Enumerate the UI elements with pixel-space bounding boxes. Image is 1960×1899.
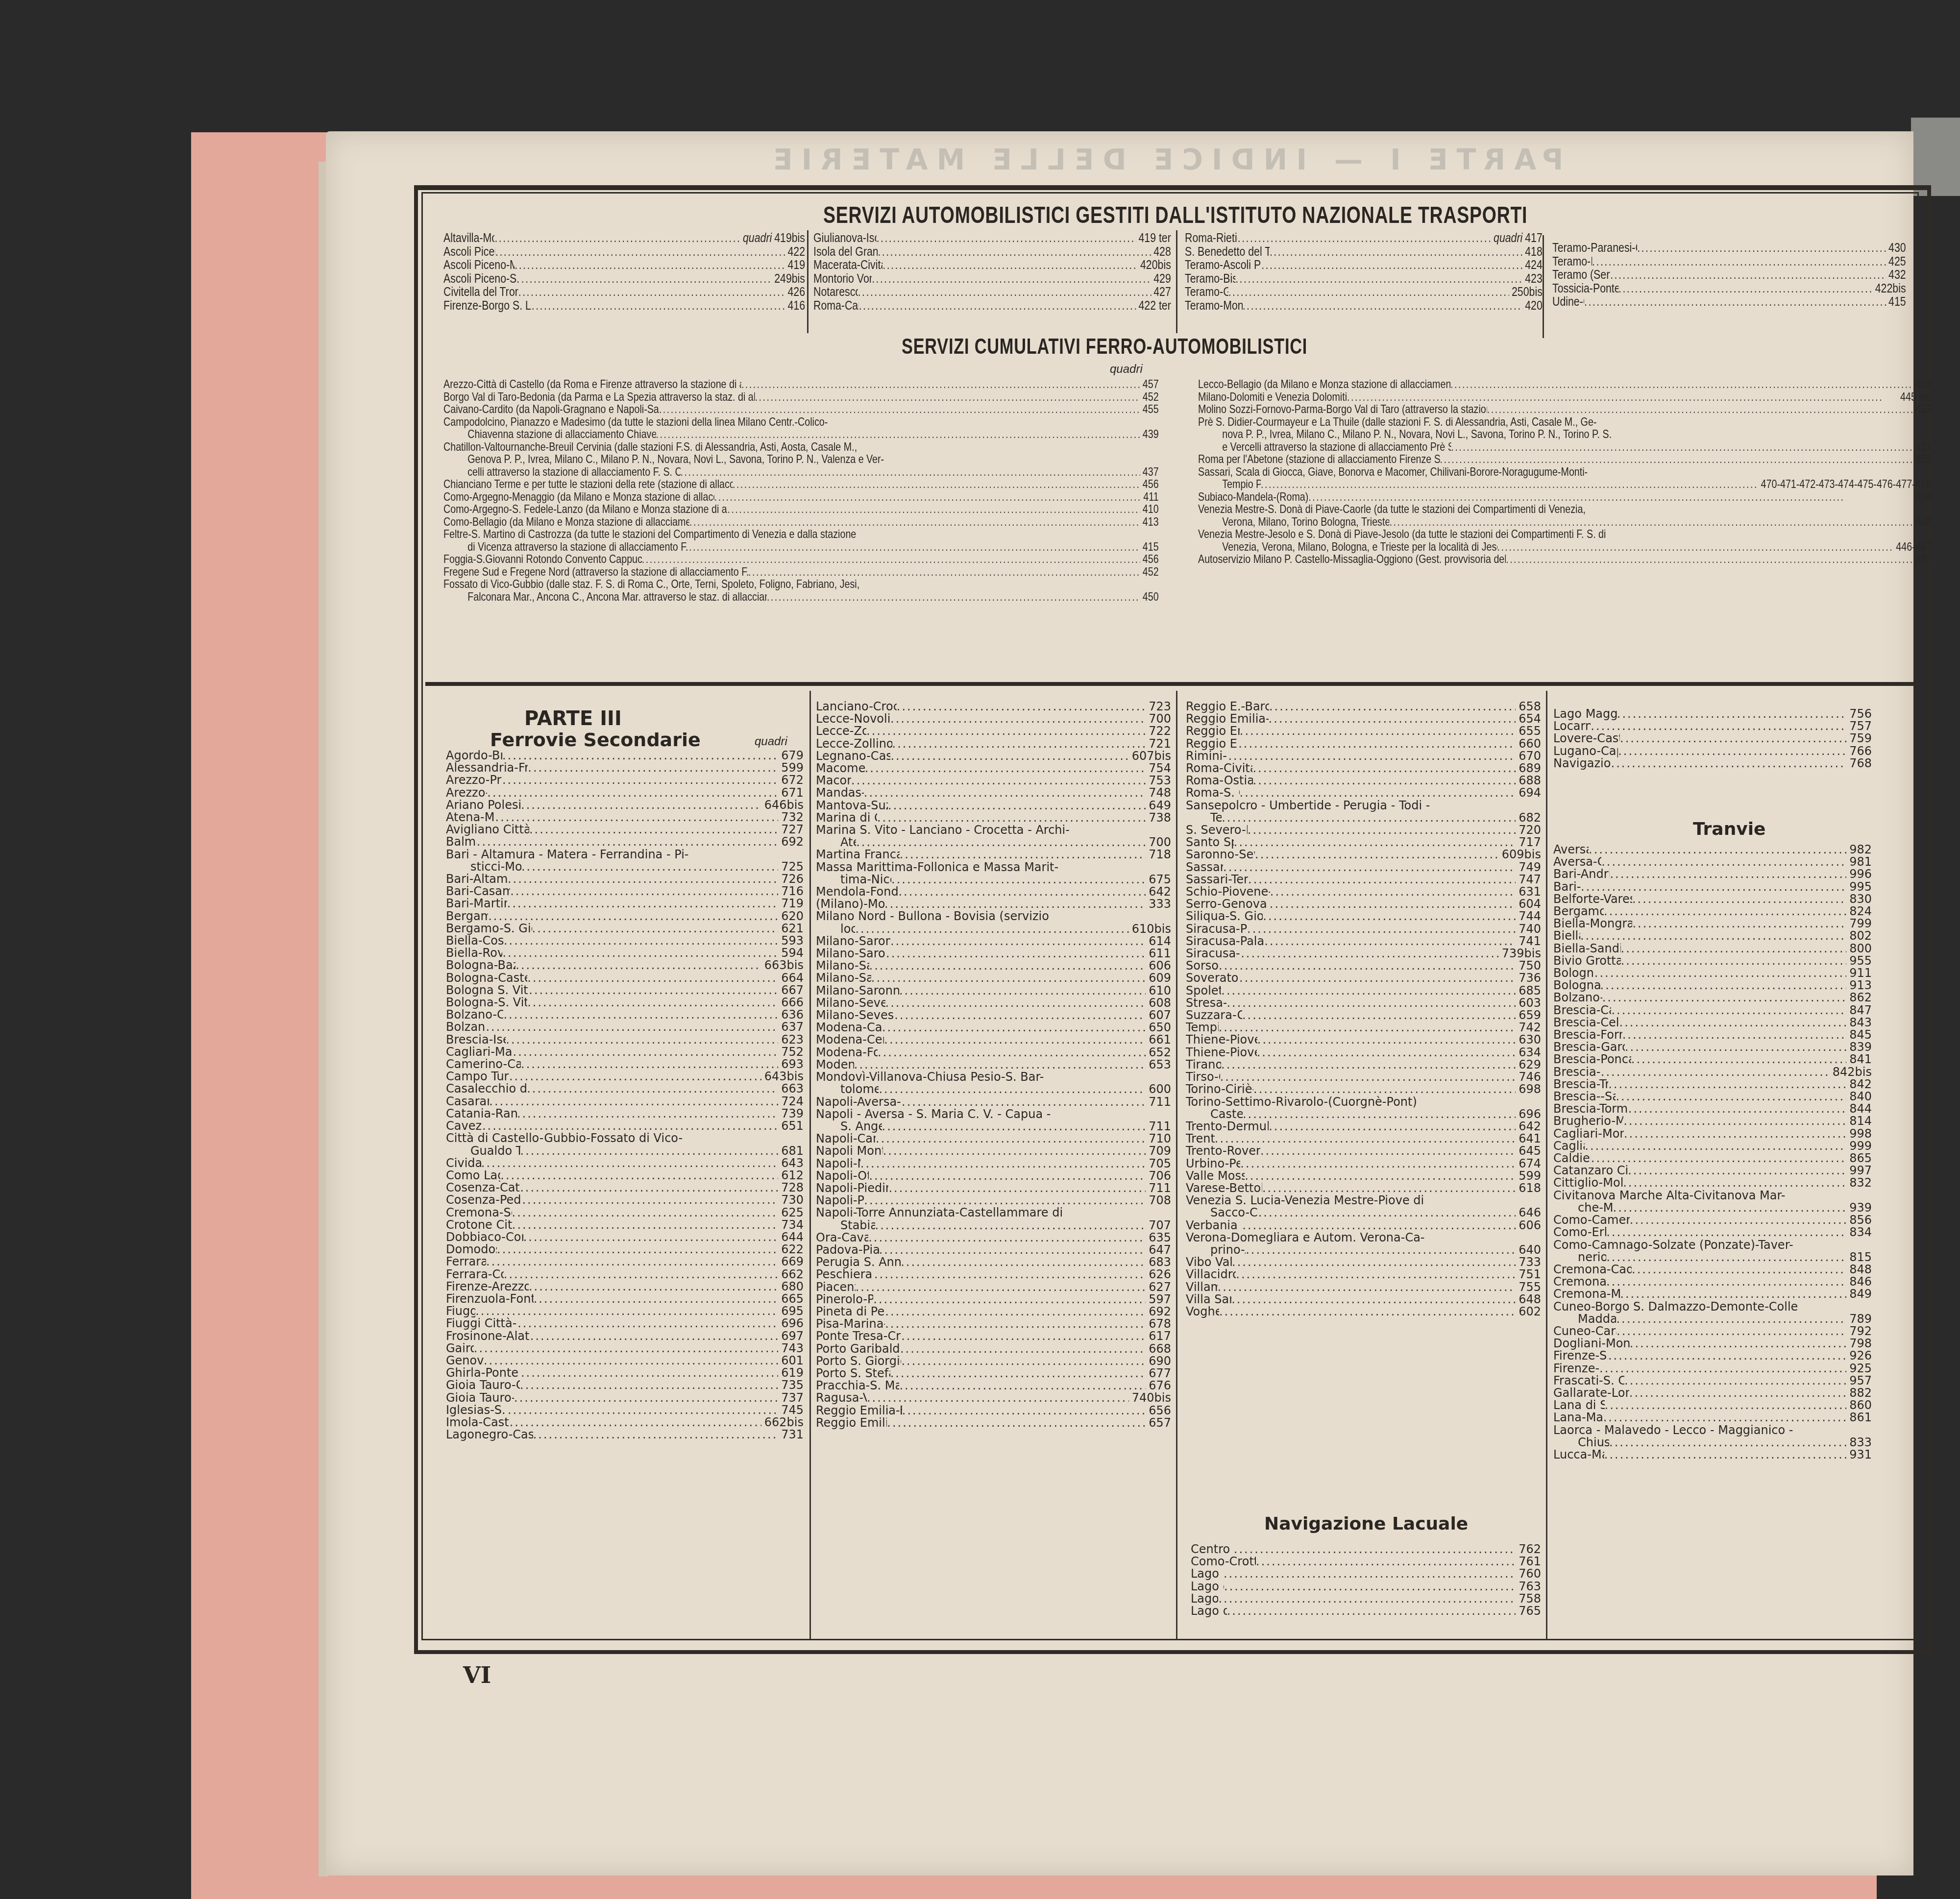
entry-name: Ariano Polesine-Adria-Rovigo (Autom.): [446, 799, 521, 811]
leader-dots: [1629, 1387, 1846, 1399]
leader-dots: [512, 1219, 778, 1231]
leader-dots: [1218, 1281, 1516, 1293]
entry-name: Siracusa-Ragusa (Autom.): [1186, 948, 1241, 960]
entry-name: Brescia-Fornaci-Castel Mella (Autom.): [1553, 1029, 1622, 1041]
index-entry: nova P. P., Ivrea, Milano C., Milano P. …: [1198, 428, 1932, 441]
page-reference: 681: [778, 1145, 804, 1157]
index-entry: Santo Spirito-Bitonto717: [1186, 836, 1541, 849]
index-entry: Brescia-Gardone-San Colomb. (Autom.)839: [1553, 1041, 1872, 1053]
leader-dots: [888, 1182, 1146, 1194]
page-reference: 250bis: [1509, 285, 1543, 299]
leader-dots: [767, 591, 1140, 604]
index-entry: Villamar-Ales755: [1186, 1281, 1541, 1293]
page-reference: 428: [1151, 245, 1171, 259]
leader-dots: [898, 886, 1146, 898]
column-divider: [1546, 691, 1547, 1639]
leader-dots: [1451, 441, 1912, 454]
entry-name: Marina di Gioiosa-Mammola: [816, 812, 877, 824]
index-entry: Dobbiaco-Cortina d'Ampezzo-Calalzo644: [446, 1231, 804, 1243]
entry-name: Maddalena (Autom.): [1578, 1313, 1616, 1325]
entry-name: Schio-Piovene-Rocchette-Arsiero (Autom.): [1186, 886, 1270, 898]
entry-name: Lago di Como: [1191, 1568, 1224, 1580]
leader-dots: [506, 1034, 778, 1046]
index-entry: Siracusa-Palazzolo (Autom.)740: [1186, 923, 1541, 935]
leader-dots: [477, 836, 778, 848]
index-entry: Brescia-Soncino (Autom.)842bis: [1553, 1066, 1872, 1078]
leader-dots: [858, 285, 1151, 299]
leader-dots: [1255, 849, 1499, 861]
leader-dots: [1497, 541, 1894, 554]
leader-dots: [733, 478, 1140, 491]
page-reference: 659: [1516, 1009, 1541, 1022]
leader-dots: [1622, 1029, 1847, 1041]
entry-name: Padova-Piazzola-Carmignano: [816, 1244, 879, 1256]
entry-name: tolomeo (Autom.): [840, 1083, 879, 1096]
leader-dots: [864, 787, 1146, 799]
entry-name: Verona, Milano, Torino Bologna, Trieste): [1222, 516, 1389, 529]
page-reference: 680: [778, 1281, 804, 1293]
entry-name: Brescia--Salò-Gargnano (Autom.): [1553, 1091, 1616, 1103]
page-reference: 629: [1516, 1059, 1541, 1071]
ist-column-4: Teramo-Paranesi-Ceppo (Bosco Martese)430…: [1552, 241, 1906, 309]
page-reference: 856: [1846, 1214, 1872, 1226]
index-entry: Pinerolo-Perosa Argentina597: [816, 1293, 1171, 1306]
leader-dots: [1222, 812, 1516, 824]
page-reference: 678: [1146, 1318, 1171, 1330]
entry-name: Bologna-Bazzano-Vignola (Autom.): [446, 959, 515, 972]
entry-name: Voghera-Varzi: [1186, 1306, 1219, 1318]
index-entry: Massa Marittima-Follonica e Massa Marit-: [816, 861, 1171, 874]
entry-name: Arezzo-Pratovecchio-Stia: [446, 774, 502, 786]
page-reference: 709: [1146, 1145, 1171, 1157]
index-entry: Lecce-Zollino-Maglie-Gagliano Leuca721: [816, 738, 1171, 750]
page-reference: 723: [1146, 701, 1171, 713]
leader-dots: [642, 553, 1140, 566]
entry-name: Ponte Tresa-Cremenaga-Creva-Luino (Aut.): [816, 1330, 901, 1342]
entry-name: Como-Bellagio (da Milano e Monza stazion…: [443, 516, 689, 529]
entry-name: Feltre-S. Martino di Castrozza (da tutte…: [443, 528, 856, 541]
entry-name: Montorio Vomano-Roseto: [813, 272, 872, 286]
index-entry: Verona, Milano, Torino Bologna, Trieste)…: [1198, 516, 1932, 529]
index-entry: Gioia Tauro-Cittanova-Cinquefrondi735: [446, 1379, 804, 1391]
index-entry: Bologna-Castel S. Pietro-Imola (Autom.)6…: [446, 972, 804, 984]
index-entry: Modena-Vignola653: [816, 1059, 1171, 1071]
page-reference: 445 bis: [1898, 391, 1931, 404]
entry-name: Atena-Marsico Nuovo: [446, 811, 495, 824]
entry-name: Reggio Emilia-Bagnolo in Piano-Carpi (Au…: [816, 1405, 902, 1417]
index-entry: Schio-Piovene-Rocchette-Arsiero (Autom.)…: [1186, 886, 1541, 898]
entry-name: Milano-Seveso-Meda-Erba-Canzo Asso: [816, 1009, 894, 1022]
leader-dots: [1624, 1128, 1846, 1140]
index-entry: Sacco-Cavarzere-Adria646: [1186, 1207, 1541, 1219]
page-reference: 685: [1516, 985, 1541, 997]
page-reference: 931: [1846, 1449, 1872, 1461]
index-entry: Firenze-Borgo S. Lorenzo-Marradi-Faenza4…: [443, 299, 805, 313]
leader-dots: [900, 1343, 1146, 1355]
leader-dots: [1248, 824, 1516, 836]
entry-name: Bolzano-Collalbo: [446, 1021, 486, 1033]
index-entry: Napoli-Nola-Baiano705: [816, 1158, 1171, 1170]
entry-name: Città di Castello-Gubbio-Fossato di Vico…: [446, 1132, 683, 1144]
entry-name: Campo Tures-Brunico (Autom.): [446, 1071, 509, 1083]
page-reference: 470-471-472-473-474-475-476-477-478: [1759, 478, 1932, 491]
cumulativi-right-list: Lecco-Bellagio (da Milano e Monza stazio…: [1198, 378, 1932, 566]
page-reference: 446-447: [1893, 541, 1931, 554]
page-reference: 740: [1516, 923, 1541, 935]
page-reference: 757: [1846, 720, 1872, 732]
leader-dots: [1632, 918, 1846, 930]
entry-name: Venezia Mestre-S. Donà di Piave-Caorle (…: [1198, 503, 1586, 516]
leader-dots: [894, 1009, 1146, 1022]
leader-dots: [755, 391, 1140, 404]
leader-dots: [1248, 874, 1516, 886]
entry-name: Bergamo-Albino (Autom.): [1553, 905, 1604, 918]
page-reference: 696: [1516, 1108, 1541, 1120]
index-entry: Giulianova-Isola del G. Sasso419 ter: [813, 231, 1171, 245]
entry-name: Roma-Rieti-Ascoli Piceno: [1185, 231, 1238, 245]
leader-dots: [1308, 491, 1912, 504]
entry-name: Roma per l'Abetone (stazione di allaccia…: [1198, 453, 1440, 466]
leader-dots: [502, 947, 778, 959]
page-reference: 750: [1516, 960, 1541, 972]
entry-name: Reggio Emilia-Sassuolo: [1186, 738, 1238, 750]
index-entry: Fiuggi Città-Fiuggi Fonte (Autom.)696: [446, 1317, 804, 1330]
column-divider: [1543, 235, 1544, 338]
entry-name: Firenze-S. Donnino (Autom.): [1553, 1350, 1608, 1362]
page-reference: 957: [1846, 1375, 1872, 1387]
leader-dots: [1253, 775, 1516, 787]
entry-name: Gallarate-Lonate Pozzolo-S. Antonino (Au…: [1553, 1387, 1629, 1399]
page-reference: 717: [1516, 836, 1541, 849]
index-entry: Dogliani-Monchiero-Dogliani staz. (Autom…: [1553, 1338, 1872, 1350]
page-reference: 594: [778, 947, 804, 959]
index-entry: tolomeo (Autom.)600: [816, 1083, 1171, 1096]
page-reference: 762: [1516, 1543, 1541, 1556]
leader-dots: [1610, 268, 1886, 282]
leader-dots: [1234, 836, 1516, 849]
index-entry: Tirano-Sondrio629: [1186, 1059, 1541, 1071]
page-reference: 834: [1846, 1226, 1872, 1239]
entry-name: S. Severo-Peschici Calenella: [1186, 824, 1248, 836]
entry-name: Milano-Saronno-Como Lago Nord: [816, 948, 886, 960]
leader-dots: [884, 898, 1146, 910]
entry-name: Lecce-Zollino-Maglie-Gagliano Leuca: [816, 738, 892, 750]
entry-name: Arezzo-Sinalunga: [446, 787, 487, 799]
entry-name: Teramo-Paranesi-Ceppo (Bosco Martese): [1552, 241, 1637, 255]
leader-dots: [1240, 1158, 1516, 1170]
binding-strip: [1911, 118, 1960, 196]
page-reference: 756: [1846, 708, 1872, 720]
leader-dots: [1630, 1338, 1846, 1350]
index-entry: Lana-Maia Bassa-Merano861: [1553, 1412, 1872, 1424]
leader-dots: [1616, 1313, 1846, 1325]
entry-name: Macomer-Bosa: [816, 775, 851, 787]
page-reference: 726: [778, 873, 804, 885]
entry-name: Falconara Mar., Ancona C., Ancona Mar. a…: [467, 591, 767, 604]
entry-name: Napoli Montesanto-Torregaveta: [816, 1145, 883, 1157]
page-reference: 647: [1146, 1244, 1171, 1256]
leader-dots: [1604, 1449, 1846, 1461]
leader-dots: [1239, 972, 1516, 984]
page-reference: 753: [1146, 775, 1171, 787]
page-reference: 697: [778, 1330, 804, 1342]
leader-dots: [517, 1108, 778, 1120]
entry-name: Civitanova Marche Alta-Civitanova Mar-: [1553, 1190, 1786, 1202]
index-entry: Varese-Bettole-Ghirla-Luino (Autom.)618: [1186, 1182, 1541, 1194]
leader-dots: [529, 984, 778, 997]
page-reference: 425: [1886, 255, 1906, 268]
leader-dots: [503, 1009, 778, 1021]
leader-dots: [876, 1133, 1146, 1145]
leader-dots: [1632, 893, 1846, 905]
entry-name: Mantova-Suzzara-Sermide-Ferrara: [816, 800, 888, 812]
index-entry: Porto Garibaldi-Ostellato-Ferrara (Autom…: [816, 1343, 1171, 1355]
index-entry: Stabia-Sorrento707: [816, 1219, 1171, 1232]
index-entry: Reggio Emilia-Boretto-Brescello (Autom.)…: [1186, 713, 1541, 725]
leader-dots: [851, 775, 1146, 787]
entry-name: Cavezzo-Finale: [446, 1120, 482, 1132]
leader-dots: [1261, 258, 1522, 272]
index-entry: Casalecchio di Reno-Savignano-Vignola663: [446, 1083, 804, 1095]
leader-dots: [1264, 935, 1516, 948]
entry-name: Napoli-Piedimonte d'Alife (Autom.): [816, 1182, 888, 1194]
leader-dots: [1603, 1412, 1846, 1424]
index-entry: Cuneo-Borgo S. Dalmazzo-Demonte-Colle: [1553, 1301, 1872, 1313]
entry-name: Brescia-Iseo-Pisogne-Edolo: [446, 1034, 506, 1046]
index-entry: Reggio E.-Barco-Montecchio (Aut.) quadri…: [1186, 701, 1541, 713]
page-reference: 849: [1846, 1288, 1872, 1300]
page-reference: 450: [1140, 591, 1159, 604]
entry-name: Soverato-Chiaravalle C.: [1186, 972, 1239, 984]
tranvie-list: Aversa-Albanova982Aversa-Casal di Princi…: [1553, 844, 1872, 1461]
entry-name: Villa Santina-Carnia: [1186, 1293, 1231, 1306]
entry-name: Sacco-Cavarzere-Adria: [1210, 1207, 1258, 1219]
column-divider: [1176, 691, 1177, 1639]
leader-dots: [899, 985, 1146, 997]
entry-name: Ferrara-Codigoro: [446, 1256, 486, 1268]
leader-dots: [1242, 1009, 1516, 1022]
leader-dots: [1581, 881, 1846, 893]
leader-dots: [1580, 930, 1846, 942]
index-entry: Gairo-Jerzu743: [446, 1342, 804, 1355]
leader-dots: [1226, 997, 1516, 1009]
entry-name: Subiaco-Mandela-(Roma): [1198, 491, 1308, 504]
leader-dots: [1440, 453, 1913, 466]
entry-name: Giulianova-Isola del G. Sasso: [813, 231, 877, 245]
entry-name: Cagliari-Poetto: [1553, 1140, 1585, 1152]
page-reference: 622: [778, 1243, 804, 1256]
page-reference: 651: [778, 1120, 804, 1132]
page-reference: 452: [1140, 391, 1159, 404]
entry-name: Lana di Sopra-Lana Postal: [1553, 1399, 1605, 1412]
index-entry: Borgo Val di Taro-Bedonia (da Parma e La…: [443, 391, 1159, 404]
leader-dots: [882, 1120, 1146, 1133]
leader-dots: [1243, 1108, 1516, 1120]
page-reference: 617: [1146, 1330, 1171, 1342]
entry-name: Cremona-Soncino-Rovato-Iseo: [446, 1207, 512, 1219]
page-reference: 730: [778, 1194, 804, 1206]
leader-dots: [901, 1330, 1146, 1342]
leader-dots: [681, 466, 1140, 479]
index-entry: Bolzano-Laives (Autom.)862: [1553, 992, 1872, 1004]
index-entry: Foggia-S.Giovanni Rotondo Convento Cappu…: [443, 553, 1159, 566]
index-entry: Padova-Piazzola-Carmignano647: [816, 1244, 1171, 1256]
leader-dots: [689, 516, 1140, 529]
entry-name: Frosinone-Alatri-Guarcino-Fiuggi (Autom.…: [446, 1330, 530, 1342]
page-reference: 719: [778, 898, 804, 910]
page-reference: 706: [1146, 1170, 1171, 1182]
entry-name: Ascoli Piceno-Macerata-Perugia: [443, 258, 514, 272]
index-entry: Chianciano Terme e per tutte le stazioni…: [443, 478, 1159, 491]
ist-column-3: Roma-Rieti-Ascoli Picenoquadri417S. Bene…: [1185, 231, 1543, 312]
index-entry: Bari-Martina Franca-Taranto719: [446, 898, 804, 910]
index-entry: Cagliari-Monserrato-Quartu Sant'Elena998: [1553, 1128, 1872, 1140]
entry-name: Lecce-Novoli-Nardò-Gagliano Leuca: [816, 713, 890, 725]
page-reference: 737: [778, 1392, 804, 1404]
leader-dots: [902, 1405, 1146, 1417]
entry-name: Venezia Mestre-Jesolo e S. Donà di Piave…: [1198, 528, 1606, 541]
page-reference: 644: [778, 1231, 804, 1243]
page-reference: 981: [1846, 856, 1872, 868]
entry-name: Thiene-Piovene-Rocchette-Asiago: [1186, 1047, 1257, 1059]
index-entry: Belforte-Varese-Bobbiate-Schiranna (Auto…: [1553, 893, 1872, 905]
entry-name: Belforte-Varese-Bobbiate-Schiranna (Auto…: [1553, 893, 1632, 905]
index-entry: Macomer-Bosa753: [816, 775, 1171, 787]
entry-name: Verbania (Intra)-Premeno: [1186, 1219, 1242, 1232]
page-reference: 654: [1516, 713, 1541, 725]
entry-name: Atessa: [840, 836, 856, 849]
leader-dots: [1263, 910, 1516, 923]
leader-dots: [1260, 1145, 1516, 1157]
leader-dots: [1257, 1034, 1516, 1046]
entry-name: Verona-Domegliara e Autom. Verona-Ca-: [1186, 1232, 1425, 1244]
page-reference: 459: [1913, 453, 1932, 466]
entry-name: Villacidro-Villamar-Isili: [1186, 1268, 1236, 1281]
leader-dots: [530, 1330, 778, 1342]
index-entry: Reggio Emilia-Guastalla655: [1186, 725, 1541, 737]
leader-dots: [1270, 898, 1516, 910]
leader-dots: [882, 258, 1138, 272]
leader-dots: [486, 1021, 778, 1033]
index-entry: Lanciano-Crocetta-Ortona Città.. quadri7…: [816, 701, 1171, 713]
index-entry: che-Montegranaro939: [1553, 1202, 1872, 1214]
ferrovie-column-1: Agordo-Bribano (Autom.)679Alessandria-Fr…: [446, 750, 804, 1441]
page-reference: 610: [1146, 985, 1171, 997]
leader-dots: [1602, 992, 1846, 1004]
page-reference: 649: [1146, 800, 1171, 812]
entry-name: nova P. P., Ivrea, Milano C., Milano P. …: [1222, 428, 1612, 441]
index-entry: Cremona-Montanara-Asola (Autom.)849: [1553, 1288, 1872, 1300]
index-entry: Imola-Castel S. Pietro (Autom.)662bis: [446, 1416, 804, 1429]
entry-name: Reggio Emilia-Boretto-Brescello (Autom.): [1186, 713, 1269, 725]
index-entry: Tirso-Chilivani746: [1186, 1071, 1541, 1083]
page-reference: 996: [1846, 868, 1872, 880]
index-entry: Reggio Emilia-Bagnolo in Piano-Carpi (Au…: [816, 1405, 1171, 1417]
entry-name: Bivio Grottaferrata-Frascati (Autom.): [1553, 955, 1621, 967]
entry-name: Pracchia-S. Marcello Pistoiese-Mammiano: [816, 1380, 899, 1392]
index-entry: Como-Camerlata-Appiano Gentile (Autom.)8…: [1553, 1214, 1872, 1226]
leader-dots: [901, 1355, 1146, 1367]
index-entry: Soverato-Chiaravalle C.736: [1186, 972, 1541, 984]
leader-dots: [887, 1417, 1146, 1429]
page-reference: 736: [1516, 972, 1541, 984]
page-reference: 861: [1846, 1412, 1872, 1424]
section-divider: [425, 682, 1915, 686]
entry-name: Cuneo-Caraglio-Dronero (Autom.): [1553, 1325, 1617, 1338]
entry-name: Balma-Biella: [446, 836, 477, 848]
entry-name: Civitella del Tronto-Castel di Lama: [443, 285, 518, 299]
index-entry: Tempio P.470-471-472-473-474-475-476-477…: [1198, 478, 1932, 491]
index-entry: Lago di Garda763: [1191, 1581, 1541, 1593]
entry-name: Trento-Rovereto-Riva-Arco (Autom.): [1186, 1145, 1260, 1157]
page-reference: 844: [1846, 1103, 1872, 1115]
page-reference: 249bis: [772, 272, 805, 286]
entry-name: Milano-Saronno-Seregno: [816, 972, 871, 984]
leader-dots: [1585, 1140, 1846, 1152]
entry-name: Cremona-Montanara-Asola (Autom.): [1553, 1288, 1620, 1300]
leader-dots: [714, 491, 1141, 504]
index-entry: Brescia-Cellatica-Gussago (Autom.)843: [1553, 1017, 1872, 1029]
leader-dots: [867, 1392, 1129, 1404]
leader-dots: [1253, 1083, 1516, 1096]
page-reference: 593: [778, 935, 804, 947]
index-entry: Villa Santina-Carnia648: [1186, 1293, 1541, 1306]
leader-dots: [481, 1157, 778, 1169]
page-reference: 426: [785, 285, 805, 299]
page-reference: 689: [1516, 762, 1541, 775]
page-reference: 641: [1516, 1133, 1541, 1145]
index-entry: Frascati-S. Cesareo-Colle di Fuori (Aut.…: [1553, 1375, 1872, 1387]
leader-dots: [510, 885, 778, 898]
index-entry: Città di Castello-Gubbio-Fossato di Vico…: [446, 1132, 804, 1144]
entry-name: Saronno-Seveso-Seregno (Autom.): [1186, 849, 1255, 861]
entry-name: Casarano-Gallipoli: [446, 1096, 489, 1108]
leader-dots: [656, 428, 1140, 441]
page-reference: 763: [1516, 1581, 1541, 1593]
index-entry: Lecce-Zollino-Gallipoli722: [816, 725, 1171, 737]
page-number: VI: [463, 1662, 491, 1688]
index-entry: locale)610bis: [816, 923, 1171, 935]
index-entry: Ascoli Piceno-S. Benedetto del Tronto249…: [443, 272, 805, 286]
index-entry: Maddalena (Autom.)789: [1553, 1313, 1872, 1325]
entry-name: Notaresco-Teramo: [813, 285, 858, 299]
entry-name: prino-Affi-Garda: [1210, 1244, 1246, 1256]
index-entry: Altavilla-Montorio-Teramoquadri419bis: [443, 231, 805, 245]
entry-name: Suzzara-Guastalla-Parma: [1186, 1009, 1242, 1022]
leader-dots: [1608, 1078, 1846, 1091]
leader-dots: [532, 923, 779, 935]
leader-dots: [1617, 1325, 1846, 1338]
leader-dots: [528, 762, 778, 774]
leader-dots: [1252, 762, 1516, 775]
leader-dots: [1262, 1182, 1516, 1194]
entry-name: Cagliari-Mandas-Gairo-Arbatax: [446, 1046, 513, 1058]
page-reference: 698: [1516, 1083, 1541, 1096]
leader-dots: [892, 738, 1146, 750]
leader-dots: [902, 1096, 1146, 1108]
index-entry: Milano-Saronno-Novara606: [816, 960, 1171, 972]
leader-dots: [1347, 391, 1898, 404]
entry-name: Roma-Civita Castellana-Viterbo: [1186, 762, 1252, 775]
page-reference: 847: [1846, 1004, 1872, 1017]
entry-name: Brescia-Tormini-Vobarno-Vestone (Autom.): [1553, 1103, 1628, 1115]
page-reference: 749: [1516, 861, 1541, 874]
index-entry: Teramo-Giulianova250bis: [1185, 285, 1543, 299]
page-reference: 643bis: [761, 1071, 804, 1083]
leader-dots: [1450, 378, 1913, 391]
index-entry: Campodolcino, Pianazzo e Madesimo (da tu…: [443, 416, 1159, 429]
leader-dots: [1637, 241, 1886, 255]
